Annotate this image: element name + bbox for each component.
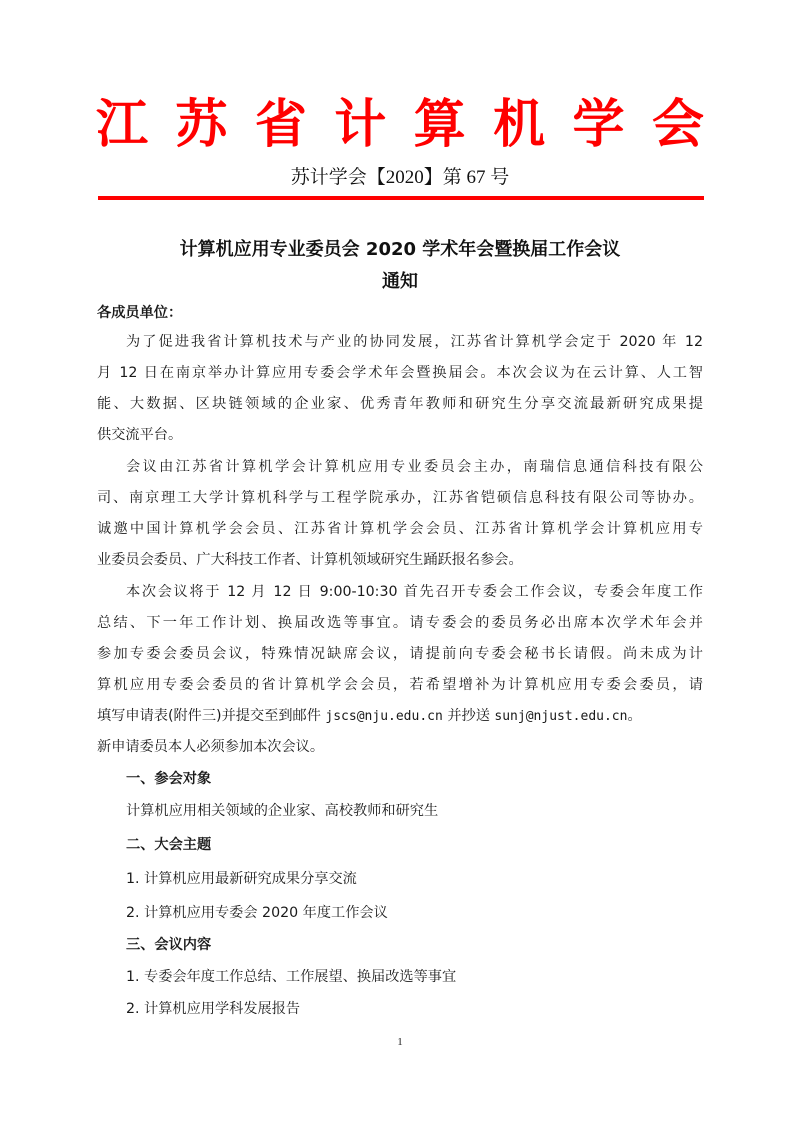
org-title-char: 算 [412, 92, 468, 158]
paragraph-line: 会议由江苏省计算机学会计算机应用专业委员会主办，南瑞信息通信科技有限公 [126, 456, 703, 478]
section-heading: 三、会议内容 [126, 934, 211, 956]
org-title-char: 学 [571, 92, 627, 158]
section-item: 2. 计算机应用专委会 2020 年度工作会议 [126, 902, 388, 924]
paragraph-line: 本次会议将于 12 月 12 日 9:00-10:30 首先召开专委会工作会议，… [126, 581, 703, 603]
paragraph-line: 诚邀中国计算机学会会员、江苏省计算机学会会员、江苏省计算机学会计算机应用专 [97, 518, 703, 540]
paragraph-line: 新申请委员本人必须参加本次会议。 [97, 736, 324, 758]
text: 并抄送 [443, 708, 495, 724]
text: 填写申请表(附件三)并提交至到邮件 [97, 708, 325, 724]
notice-subtitle: 通知 [0, 270, 800, 294]
paragraph-line: 司、南京理工大学计算机科学与工程学院承办，江苏省铠硕信息科技有限公司等协办。 [97, 487, 703, 509]
org-title-char: 江 [94, 92, 150, 158]
paragraph-line: 月 12 日在南京举办计算应用专委会学术年会暨换届会。本次会议为在云计算、人工智 [97, 362, 703, 384]
paragraph-line: 总结、下一年工作计划、换届改选等事宜。请专委会的委员务必出席本次学术年会并 [97, 612, 703, 634]
section-item: 2. 计算机应用学科发展报告 [126, 998, 300, 1020]
org-title-char: 机 [491, 92, 547, 158]
section-item: 1. 专委会年度工作总结、工作展望、换届改选等事宜 [126, 966, 456, 988]
section-item: 计算机应用相关领域的企业家、高校教师和研究生 [126, 800, 438, 822]
section-heading: 二、大会主题 [126, 834, 211, 856]
red-header-rule [98, 196, 704, 200]
organization-title: 江 苏 省 计 算 机 学 会 [94, 92, 706, 158]
org-title-char: 计 [332, 92, 388, 158]
notice-title: 计算机应用专业委员会 2020 学术年会暨换届工作会议 [0, 238, 800, 262]
email-link-sunj[interactable]: sunj@njust.edu.cn [494, 709, 627, 724]
section-item: 1. 计算机应用最新研究成果分享交流 [126, 868, 357, 890]
email-link-jscs[interactable]: jscs@nju.edu.cn [325, 709, 442, 724]
section-heading: 一、参会对象 [126, 768, 211, 790]
paragraph-line: 业委员会委员、广大科技工作者、计算机领域研究生踊跃报名参会。 [97, 549, 523, 571]
document-page: 江 苏 省 计 算 机 学 会 苏计学会【2020】第 67 号 计算机应用专业… [0, 0, 800, 1131]
paragraph-line: 算机应用专委会委员的省计算机学会会员，若希望增补为计算机应用专委会委员，请 [97, 674, 703, 696]
org-title-char: 苏 [173, 92, 229, 158]
text: 。 [627, 708, 641, 724]
document-number: 苏计学会【2020】第 67 号 [0, 166, 800, 190]
salutation: 各成员单位： [97, 302, 182, 324]
paragraph-line: 为了促进我省计算机技术与产业的协同发展，江苏省计算机学会定于 2020 年 12 [126, 331, 703, 353]
paragraph-line: 供交流平台。 [97, 424, 182, 446]
org-title-char: 省 [253, 92, 309, 158]
paragraph-line-with-emails: 填写申请表(附件三)并提交至到邮件 jscs@nju.edu.cn 并抄送 su… [97, 705, 642, 727]
paragraph-line: 参加专委会委员会议，特殊情况缺席会议，请提前向专委会秘书长请假。尚未成为计 [97, 643, 703, 665]
page-number: 1 [0, 1036, 800, 1048]
org-title-char: 会 [650, 92, 706, 158]
paragraph-line: 能、大数据、区块链领域的企业家、优秀青年教师和研究生分享交流最新研究成果提 [97, 393, 703, 415]
